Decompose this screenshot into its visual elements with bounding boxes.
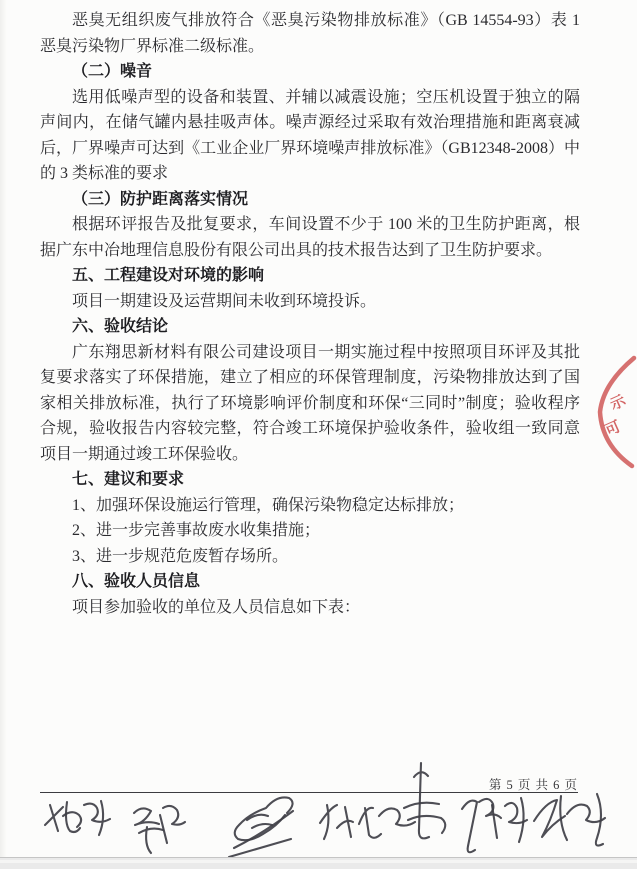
- signature-4: [320, 763, 445, 839]
- paragraph-noise-measures: 选用低噪声型的设备和装置、并辅以减震设施；空压机设置于独立的隔声间内，在储气罐内…: [40, 85, 580, 187]
- signature-2: [134, 806, 185, 853]
- signature-5: [462, 798, 527, 852]
- red-stamp-fragment: 示 可: [593, 352, 637, 472]
- handwritten-signatures: [0, 750, 637, 865]
- list-item-2: 2、进一步完善事故废水收集措施；: [40, 518, 580, 544]
- heading-protective-distance: （三）防护距离落实情况: [40, 187, 580, 213]
- heading-noise: （二）噪音: [40, 59, 580, 85]
- paragraph-personnel-intro: 项目参加验收的单位及人员信息如下表：: [40, 595, 580, 621]
- heading-section6-conclusion: 六、验收结论: [40, 314, 580, 340]
- paragraph-no-complaints: 项目一期建设及运营期间未收到环境投诉。: [40, 289, 580, 315]
- document-body: 恶臭无组织废气排放符合《恶臭污染物排放标准》（GB 14554-93）表 1 恶…: [40, 8, 580, 620]
- paragraph-protective-distance: 根据环评报告及批复要求，车间设置不少于 100 米的卫生防护距离，根据广东中冶地…: [40, 212, 580, 263]
- paragraph-odor-standard: 恶臭无组织废气排放符合《恶臭污染物排放标准》（GB 14554-93）表 1 恶…: [40, 8, 580, 59]
- scan-edge-highlight: [0, 860, 637, 863]
- heading-section7-suggestions: 七、建议和要求: [40, 467, 580, 493]
- signature-1: [45, 801, 110, 835]
- list-item-1: 1、加强环保设施运行管理，确保污染物稳定达标排放；: [40, 493, 580, 519]
- list-item-3: 3、进一步规范危废暂存场所。: [40, 544, 580, 570]
- stamp-char-1: 示: [608, 392, 630, 414]
- heading-section5-impact: 五、工程建设对环境的影响: [40, 263, 580, 289]
- signature-3: [229, 797, 293, 857]
- scanned-document-page: 恶臭无组织废气排放符合《恶臭污染物排放标准》（GB 14554-93）表 1 恶…: [0, 0, 637, 869]
- heading-section8-personnel: 八、验收人员信息: [40, 569, 580, 595]
- scan-edge-strip: [0, 857, 637, 869]
- paragraph-conclusion: 广东翔思新材料有限公司建设项目一期实施过程中按照项目环评及其批复要求落实了环保措…: [40, 340, 580, 468]
- signature-6: [534, 794, 605, 846]
